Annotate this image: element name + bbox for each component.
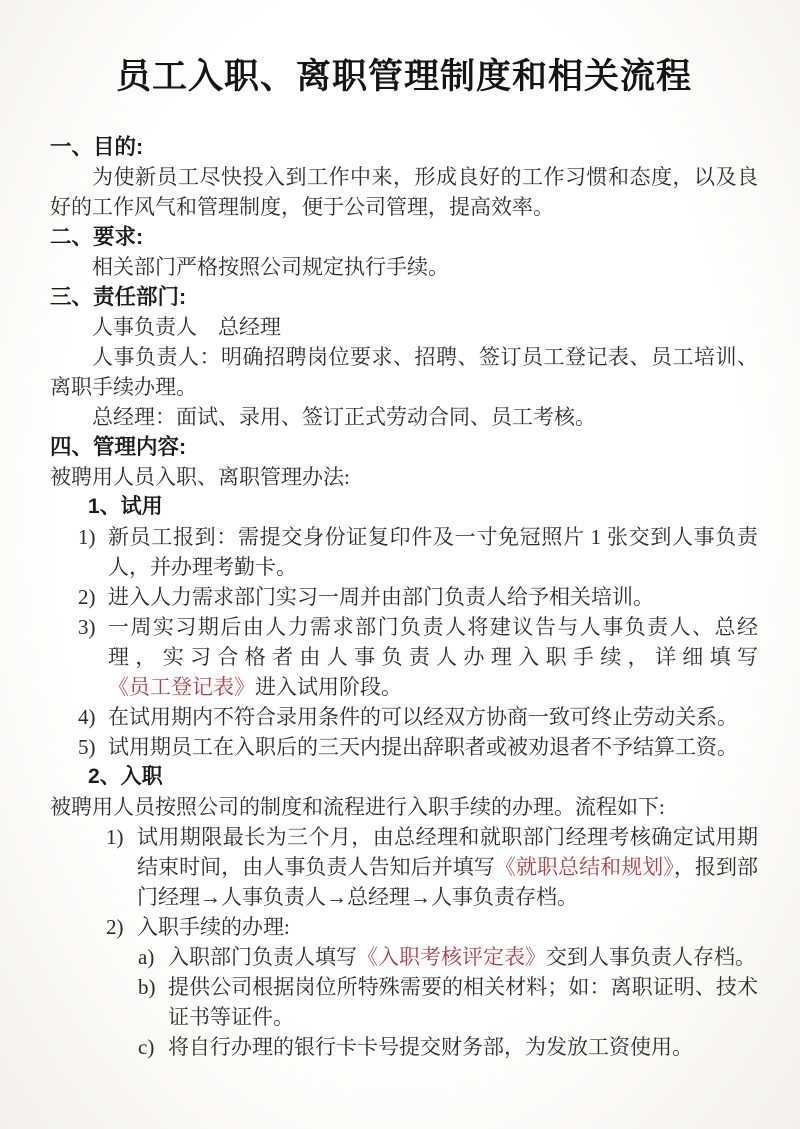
heading-management: 四、管理内容:: [50, 432, 758, 462]
item-marker: c): [138, 1032, 168, 1062]
item-text: 进入人力需求部门实习一周并由部门负责人给予相关培训。: [108, 582, 758, 612]
item-marker: 2): [106, 912, 137, 942]
para-requirement: 相关部门严格按照公司规定执行手续。: [50, 252, 758, 282]
item-text: 入职部门负责人填写《入职考核评定表》交到人事负责人存档。: [168, 942, 758, 972]
onboarding-subitem-c: c) 将自行办理的银行卡卡号提交财务部，为发放工资使用。: [138, 1032, 758, 1062]
item-marker: a): [138, 942, 168, 972]
subheading-trial: 1、试用: [88, 492, 758, 522]
doc-title: 员工入职、离职管理制度和相关流程: [50, 56, 758, 98]
onboarding-subitem-a: a) 入职部门负责人填写《入职考核评定表》交到人事负责人存档。: [138, 942, 758, 972]
onboarding-subitem-b: b) 提供公司根据岗位所特殊需要的相关材料；如：离职证明、技术证书等证件。: [138, 972, 758, 1032]
trial-item-4: 4) 在试用期内不符合录用条件的可以经双方协商一致可终止劳动关系。: [78, 702, 758, 732]
para-gm-duty: 总经理：面试、录用、签订正式劳动合同、员工考核。: [50, 402, 758, 432]
subheading-onboarding: 2、入职: [88, 762, 758, 792]
item-text: 提供公司根据岗位所特殊需要的相关材料；如：离职证明、技术证书等证件。: [168, 972, 758, 1032]
onboarding-item-1: 1) 试用期限最长为三个月，由总经理和就职部门经理考核确定试用期结束时间，由人事…: [106, 822, 758, 912]
item-text: 在试用期内不符合录用条件的可以经双方协商一致可终止劳动关系。: [108, 702, 758, 732]
heading-responsible: 三、责任部门:: [50, 282, 758, 312]
item-text: 试用期限最长为三个月，由总经理和就职部门经理考核确定试用期结束时间，由人事负责人…: [137, 822, 758, 912]
item-marker: 1): [78, 522, 108, 582]
item-text: 将自行办理的银行卡卡号提交财务部，为发放工资使用。: [168, 1032, 758, 1062]
item-text-pre: 入职部门负责人填写: [168, 945, 357, 969]
item-text: 试用期员工在入职后的三天内提出辞职者或被劝退者不予结算工资。: [108, 732, 758, 762]
item-text-pre: 一周实习期后由人力需求部门负责人将建议告与人事负责人、总经理，实习合格者由人事负…: [108, 615, 758, 669]
form-name-employee-register: 《员工登记表》: [108, 675, 255, 699]
para-onboarding-intro: 被聘用人员按照公司的制度和流程进行入职手续的办理。流程如下:: [50, 792, 758, 822]
item-marker: b): [138, 972, 168, 1032]
form-name-job-summary-plan: 《就职总结和规划》: [495, 855, 674, 879]
para-purpose: 为使新员工尽快投入到工作中来，形成良好的工作习惯和态度，以及良好的工作风气和管理…: [50, 162, 758, 222]
item-marker: 3): [78, 612, 108, 702]
heading-requirement: 二、要求:: [50, 222, 758, 252]
para-management-intro: 被聘用人员入职、离职管理办法:: [50, 462, 758, 492]
item-text: 一周实习期后由人力需求部门负责人将建议告与人事负责人、总经理，实习合格者由人事负…: [108, 612, 758, 702]
item-marker: 5): [78, 732, 108, 762]
item-marker: 2): [78, 582, 108, 612]
trial-item-2: 2) 进入人力需求部门实习一周并由部门负责人给予相关培训。: [78, 582, 758, 612]
document-page: 员工入职、离职管理制度和相关流程 一、目的: 为使新员工尽快投入到工作中来，形成…: [0, 0, 800, 1129]
para-responsible-roles: 人事负责人 总经理: [50, 312, 758, 342]
item-marker: 1): [106, 822, 137, 912]
para-hr-duty: 人事负责人：明确招聘岗位要求、招聘、签订员工登记表、员工培训、离职手续办理。: [50, 342, 758, 402]
onboarding-item-2: 2) 入职手续的办理:: [106, 912, 758, 942]
item-text-post: 进入试用阶段。: [255, 675, 402, 699]
trial-item-5: 5) 试用期员工在入职后的三天内提出辞职者或被劝退者不予结算工资。: [78, 732, 758, 762]
trial-item-3: 3) 一周实习期后由人力需求部门负责人将建议告与人事负责人、总经理，实习合格者由…: [78, 612, 758, 702]
item-text: 入职手续的办理:: [137, 912, 758, 942]
form-name-onboarding-assessment: 《入职考核评定表》: [357, 945, 546, 969]
trial-item-1: 1) 新员工报到：需提交身份证复印件及一寸免冠照片 1 张交到人事负责人，并办理…: [78, 522, 758, 582]
item-marker: 4): [78, 702, 108, 732]
item-text: 新员工报到：需提交身份证复印件及一寸免冠照片 1 张交到人事负责人，并办理考勤卡…: [108, 522, 758, 582]
item-text-post: 交到人事负责人存档。: [546, 945, 756, 969]
heading-purpose: 一、目的:: [50, 132, 758, 162]
